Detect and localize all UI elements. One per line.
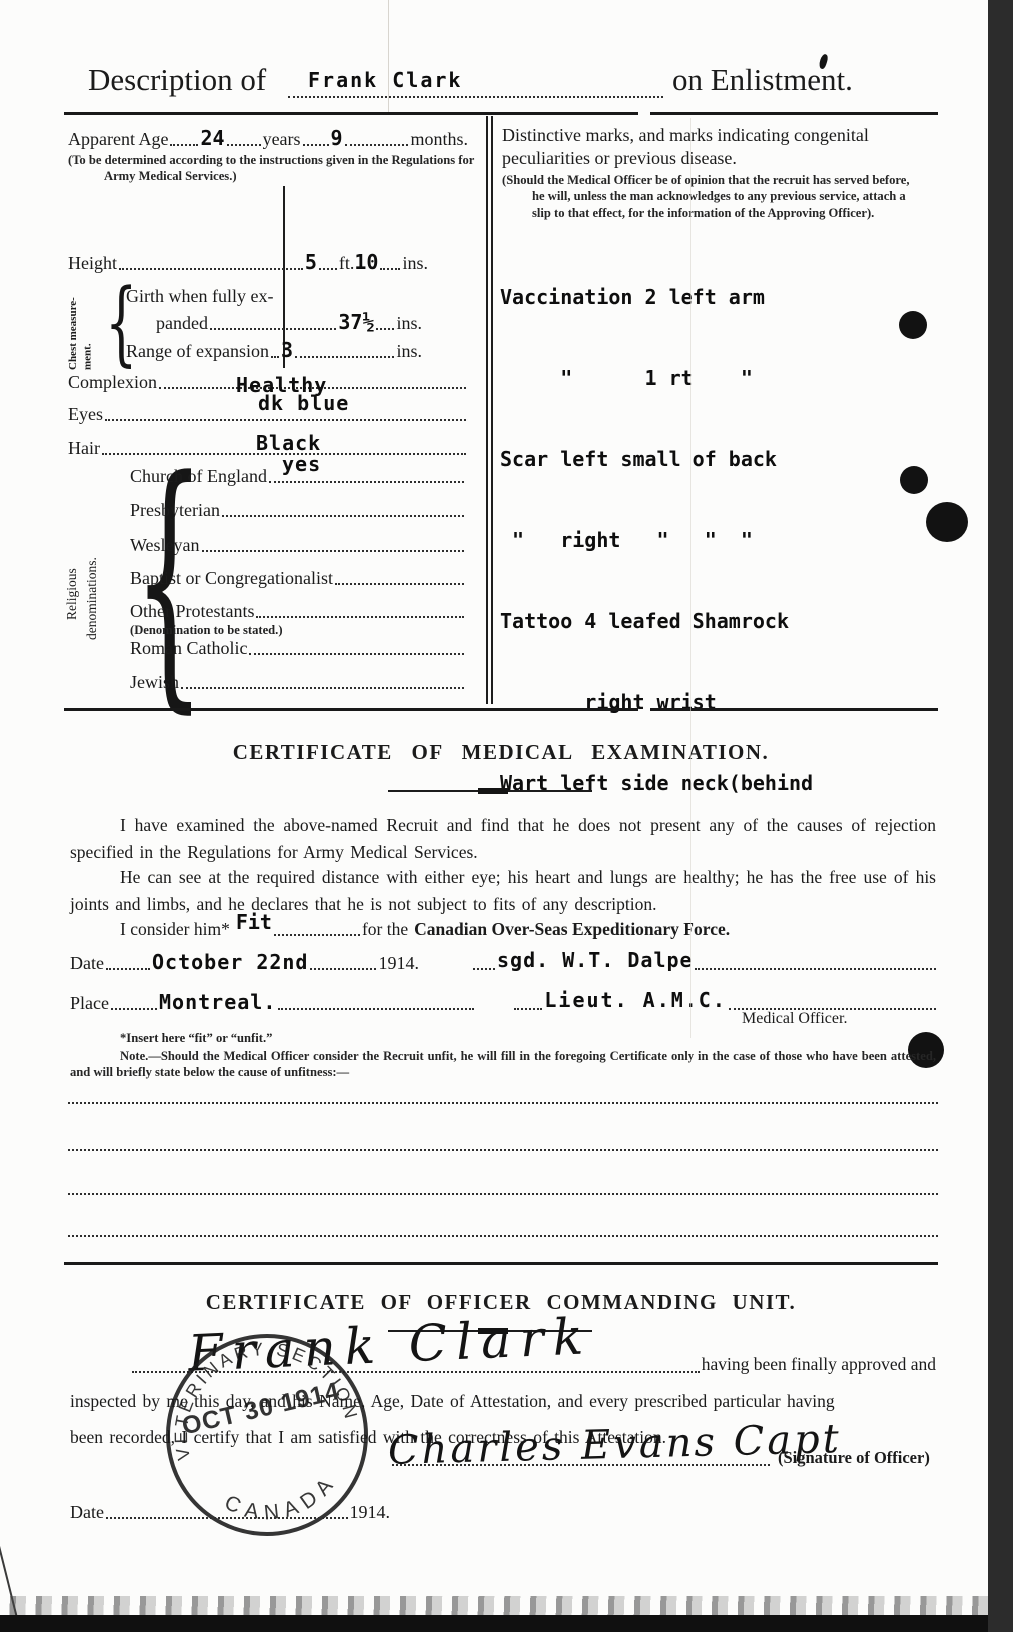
medical-place-value: Montreal. [159, 990, 276, 1014]
blank-line [68, 1149, 938, 1151]
leader [514, 1008, 542, 1010]
officer-signature-line [392, 1464, 770, 1466]
complexion-row: Complexion Healthy [68, 372, 468, 393]
page-title-suffix: on Enlistment. [672, 62, 853, 98]
hair-row: Hair Black [68, 438, 468, 459]
religion-item-label: Jewish [130, 672, 179, 693]
leader [111, 1008, 157, 1010]
hair-label: Hair [68, 438, 100, 459]
place-label: Place [70, 993, 109, 1014]
religion-item-label: Baptist or Congregationalist [130, 568, 333, 589]
medical-certificate-heading: CERTIFICATE OF MEDICAL EXAMINATION. [64, 740, 938, 765]
eyes-label: Eyes [68, 404, 103, 425]
girth-unit: ins. [396, 313, 422, 334]
girth-label-line2: panded [156, 313, 208, 334]
fit-footnote: *Insert here “fit” or “unfit.” [120, 1030, 272, 1046]
medical-paragraph-2: He can see at the required distance with… [70, 864, 936, 917]
heading-divider-center [478, 788, 508, 794]
leader [170, 144, 198, 146]
leader [473, 968, 495, 970]
marks-entry: Scar left small of back [500, 446, 813, 473]
religion-group-label-1: Religious [64, 524, 80, 620]
age-months-unit: months. [410, 129, 468, 150]
fold-line-artifact [690, 118, 691, 1038]
girth-label-line1: Girth when fully ex- [126, 286, 273, 307]
religion-item-label: Wesleyan [130, 535, 200, 556]
unfitness-note: Note.—Should the Medical Officer conside… [70, 1048, 936, 1081]
religion-item-label: Other Protestants [130, 601, 254, 622]
marks-entry: right wrist [500, 689, 813, 716]
top-rule-right [650, 112, 938, 115]
leader [256, 616, 464, 618]
commanding-date-year: 1914. [350, 1502, 391, 1523]
blank-line [68, 1193, 938, 1195]
consider-row: I consider him* Fit for the Canadian Ove… [120, 916, 820, 940]
religion-note: (Denomination to be stated.) [130, 622, 283, 638]
medical-date-year: 1914. [378, 953, 419, 974]
range-row: Range of expansion 3 ins. [126, 338, 422, 362]
apparent-age-row: Apparent Age 24 years 9 months. [68, 126, 468, 150]
leader [227, 144, 261, 146]
blank-line [68, 1235, 938, 1237]
leader [345, 144, 409, 146]
height-inches-value: 10 [354, 250, 378, 274]
girth-value: 37½ [338, 310, 374, 334]
leader [319, 268, 337, 270]
age-months-value: 9 [331, 126, 343, 150]
medical-officer-signed: sgd. W.T. Dalpe [497, 948, 693, 972]
complexion-label: Complexion [68, 372, 157, 393]
signature-of-officer-label: (Signature of Officer) [778, 1448, 930, 1468]
religion-group-label-2: denominations. [84, 500, 100, 640]
title-name-underline [288, 96, 663, 98]
approved-text: having been finally approved and [702, 1354, 936, 1375]
commanding-date-row: Date 1914. [70, 1502, 390, 1523]
range-unit: ins. [396, 341, 422, 362]
leader [335, 583, 464, 585]
leader [310, 968, 376, 970]
height-feet-unit: ft. [339, 253, 355, 274]
section-rule-left [64, 708, 638, 711]
consider-prefix: I consider him* [120, 919, 230, 940]
blank-line [68, 1102, 938, 1104]
leader [380, 268, 400, 270]
leader [181, 687, 464, 689]
torn-edge-artifact [0, 1596, 1013, 1616]
leader [202, 550, 464, 552]
chest-group-label: Chest measure- ment. [66, 288, 95, 370]
leader [269, 481, 464, 483]
range-value: 3 [281, 338, 293, 362]
leader [376, 328, 394, 330]
medical-date-row: Date October 22nd 1914. sgd. W.T. Dalpe [70, 950, 938, 974]
marks-entry: " right " " " [500, 527, 813, 554]
date-label: Date [70, 1502, 104, 1523]
column-divider-outer [486, 116, 488, 704]
leader [222, 515, 464, 517]
leader [278, 1008, 474, 1010]
height-feet-value: 5 [305, 250, 317, 274]
range-label: Range of expansion [126, 341, 269, 362]
leader [210, 328, 336, 330]
medical-officer-label: Medical Officer. [742, 1010, 847, 1028]
age-years-value: 24 [200, 126, 224, 150]
marks-entry: Wart left side neck(behind [500, 770, 813, 797]
medical-date-value: October 22nd [152, 950, 309, 974]
eyes-value: dk blue [258, 391, 349, 415]
leader [249, 653, 464, 655]
religion-row: Presbyterian [130, 500, 466, 521]
distinctive-marks-heading: Distinctive marks, and marks indicating … [502, 124, 940, 169]
fitness-value: Fit [236, 910, 272, 934]
girth-row: panded 37½ ins. [156, 310, 422, 334]
attestation-form-page: Description of Frank Clark on Enlistment… [0, 0, 1013, 1632]
date-label: Date [70, 953, 104, 974]
religion-item-label: Roman Catholic [130, 638, 247, 659]
scan-border-right [988, 0, 1013, 1632]
top-rule-left [64, 112, 638, 115]
ink-spot-artifact [900, 466, 928, 494]
ink-spot-artifact [899, 311, 927, 339]
leader [303, 144, 329, 146]
expeditionary-force-text: Canadian Over-Seas Expeditionary Force. [414, 919, 730, 940]
age-years-unit: years [263, 129, 301, 150]
eyes-row: Eyes dk blue [68, 404, 468, 425]
height-inches-unit: ins. [402, 253, 428, 274]
leader [695, 968, 936, 970]
leader [295, 356, 394, 358]
section-rule [64, 1262, 938, 1265]
distinctive-marks-note: (Should the Medical Officer be of opinio… [502, 172, 924, 221]
religion-row: Jewish [130, 672, 466, 693]
religion-row: Wesleyan [130, 535, 466, 556]
marks-entry: Tattoo 4 leafed Shamrock [500, 608, 813, 635]
section-rule-right [650, 708, 938, 711]
religion-row: Church of England [130, 466, 466, 487]
leader [106, 968, 150, 970]
religion-row: Baptist or Congregationalist [130, 568, 466, 589]
leader [106, 1517, 348, 1519]
fold-line-artifact [388, 0, 389, 112]
scan-border-bottom [0, 1615, 1013, 1632]
page-title-prefix: Description of [88, 62, 266, 98]
religion-row: Roman Catholic [130, 638, 466, 659]
medical-paragraph-1: I have examined the above-named Recruit … [70, 812, 936, 865]
apparent-age-label: Apparent Age [68, 129, 168, 150]
column-divider-inner [491, 116, 493, 704]
leader [274, 934, 360, 936]
religion-row: Other Protestants [130, 601, 466, 622]
religion-item-label: Presbyterian [130, 500, 220, 521]
marks-entry: " 1 rt " [500, 365, 813, 392]
consider-mid: for the [362, 919, 408, 940]
leader [119, 268, 303, 270]
recruit-name-value: Frank Clark [308, 68, 462, 92]
leader [105, 419, 466, 421]
leader [271, 356, 279, 358]
religion-item-label: Church of England [130, 466, 267, 487]
medical-officer-rank: Lieut. A.M.C. [544, 988, 727, 1012]
ink-spot-artifact [926, 502, 968, 542]
apparent-age-note: (To be determined according to the instr… [68, 152, 496, 185]
marks-entry: Vaccination 2 left arm [500, 284, 813, 311]
